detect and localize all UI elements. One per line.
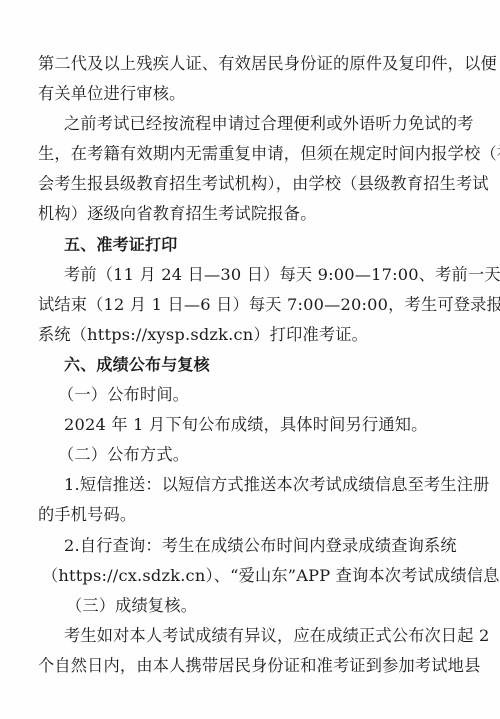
paragraph-line: （https://cx.sdzk.cn）、“爱山东”APP 查询本次考试成绩信息…: [38, 561, 464, 591]
document-body: 第二代及以上残疾人证、有效居民身份证的原件及复印件，以便 有关单位进行审核。 之…: [38, 49, 464, 681]
paragraph-line: 个自然日内，由本人携带居民身份证和准考证到参加考试地县: [38, 651, 464, 681]
paragraph-line: 考前（11 月 24 日—30 日）每天 9:00—17:00、考前一天至考: [38, 260, 464, 290]
paragraph-line: 考生如对本人考试成绩有异议，应在成绩正式公布次日起 2: [38, 621, 464, 651]
paragraph-line: 系统（https://xysp.sdzk.cn）打印准考证。: [38, 320, 464, 350]
paragraph-line: 2024 年 1 月下旬公布成绩，具体时间另行通知。: [38, 410, 464, 440]
subsection-heading-review: （三）成绩复核。: [38, 591, 464, 621]
document-page: 第二代及以上残疾人证、有效居民身份证的原件及复印件，以便 有关单位进行审核。 之…: [0, 0, 500, 719]
paragraph-line: 有关单位进行审核。: [38, 79, 464, 109]
subsection-heading-publish-time: （一）公布时间。: [38, 380, 464, 410]
paragraph-line: 生，在考籍有效期内无需重复申请，但须在规定时间内报学校（社: [38, 139, 464, 169]
section-heading-admission-ticket: 五、准考证打印: [38, 230, 464, 260]
paragraph-line: 的手机号码。: [38, 500, 464, 530]
subsection-heading-publish-method: （二）公布方式。: [38, 440, 464, 470]
paragraph-line: 机构）逐级向省教育招生考试院报备。: [38, 199, 464, 229]
paragraph-line: 会考生报县级教育招生考试机构），由学校（县级教育招生考试: [38, 169, 464, 199]
paragraph-line: 第二代及以上残疾人证、有效居民身份证的原件及复印件，以便: [38, 49, 464, 79]
section-heading-results: 六、成绩公布与复核: [38, 350, 464, 380]
paragraph-line: 1.短信推送：以短信方式推送本次考试成绩信息至考生注册: [38, 470, 464, 500]
paragraph-line: 之前考试已经按流程申请过合理便利或外语听力免试的考: [38, 109, 464, 139]
paragraph-line: 2.自行查询：考生在成绩公布时间内登录成绩查询系统: [38, 531, 464, 561]
paragraph-line: 试结束（12 月 1 日—6 日）每天 7:00—20:00，考生可登录报名: [38, 290, 464, 320]
